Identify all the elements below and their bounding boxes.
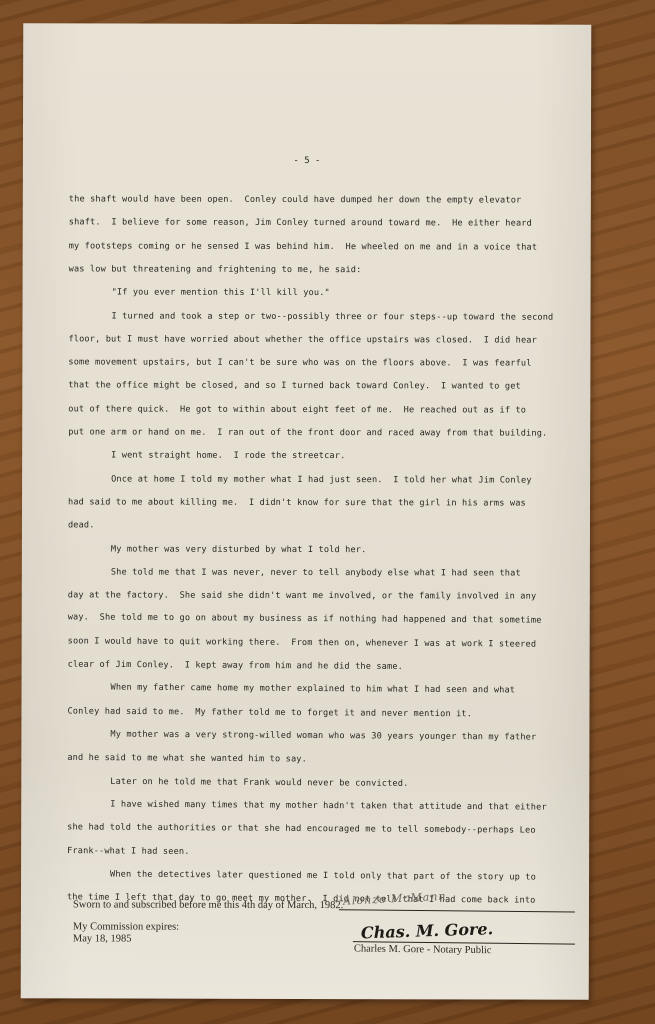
body-line: Once at home I told my mother what I had… — [111, 474, 532, 485]
document-page: - 5 - the shaft would have been open. Co… — [21, 23, 592, 999]
body-line: had said to me about killing me. I didn'… — [68, 497, 526, 508]
affidavit-body: the shaft would have been open. Conley c… — [23, 23, 591, 24]
body-line: She told me that I was never, never to t… — [111, 567, 521, 578]
commission-date: May 18, 1985 — [73, 933, 132, 944]
notary-name-title: Charles M. Gore - Notary Public — [354, 943, 492, 956]
body-line: she had told the authorities or that she… — [67, 822, 536, 835]
body-line: out of there quick. He got to within abo… — [68, 404, 526, 415]
body-line: When the detectives later questioned me … — [110, 869, 536, 882]
body-line: day at the factory. She said she didn't … — [68, 590, 537, 601]
body-line: "If you ever mention this I'll kill you.… — [112, 288, 330, 299]
body-line: some movement upstairs, but I can't be s… — [68, 357, 531, 368]
body-line: Conley had said to me. My father told me… — [67, 706, 472, 719]
body-line: My mother was a very strong-willed woman… — [110, 729, 536, 742]
affiant-signature: Alonzo McMann — [343, 890, 447, 908]
body-line: I turned and took a step or two--possibl… — [111, 311, 553, 322]
body-line: Later on he told me that Frank would nev… — [110, 776, 408, 788]
body-line: shaft. I believe for some reason, Jim Co… — [69, 218, 532, 229]
page-number: - 5 - — [23, 155, 591, 166]
commission-label: My Commission expires: — [73, 921, 179, 932]
body-line: my footsteps coming or he sensed I was b… — [69, 241, 538, 252]
body-line: My mother was very disturbed by what I t… — [111, 544, 367, 555]
body-line: I have wished many times that my mother … — [110, 799, 547, 812]
notary-signature: Chas. M. Gore. — [361, 919, 494, 942]
body-line: dead. — [68, 521, 95, 531]
body-line: put one arm or hand on me. I ran out of … — [68, 427, 547, 438]
body-line: Frank--what I had seen. — [67, 846, 190, 857]
affiant-signature-line — [339, 909, 575, 912]
body-line: and he said to me what she wanted him to… — [67, 753, 307, 765]
body-line: clear of Jim Conley. I kept away from hi… — [68, 660, 403, 672]
body-line: I went straight home. I rode the streetc… — [111, 451, 345, 462]
body-line: soon I would have to quit working there.… — [68, 636, 537, 649]
body-line: When my father came home my mother expla… — [111, 683, 516, 696]
body-line: that the office might be closed, and so … — [68, 381, 521, 392]
body-line: way. She told me to go on about my busin… — [68, 613, 542, 626]
body-line: floor, but I must have worried about whe… — [68, 334, 537, 345]
body-line: the shaft would have been open. Conley c… — [69, 194, 522, 205]
sworn-statement: Sworn to and subscribed before me this 4… — [73, 899, 343, 911]
body-line: was low but threatening and frightening … — [69, 264, 362, 275]
